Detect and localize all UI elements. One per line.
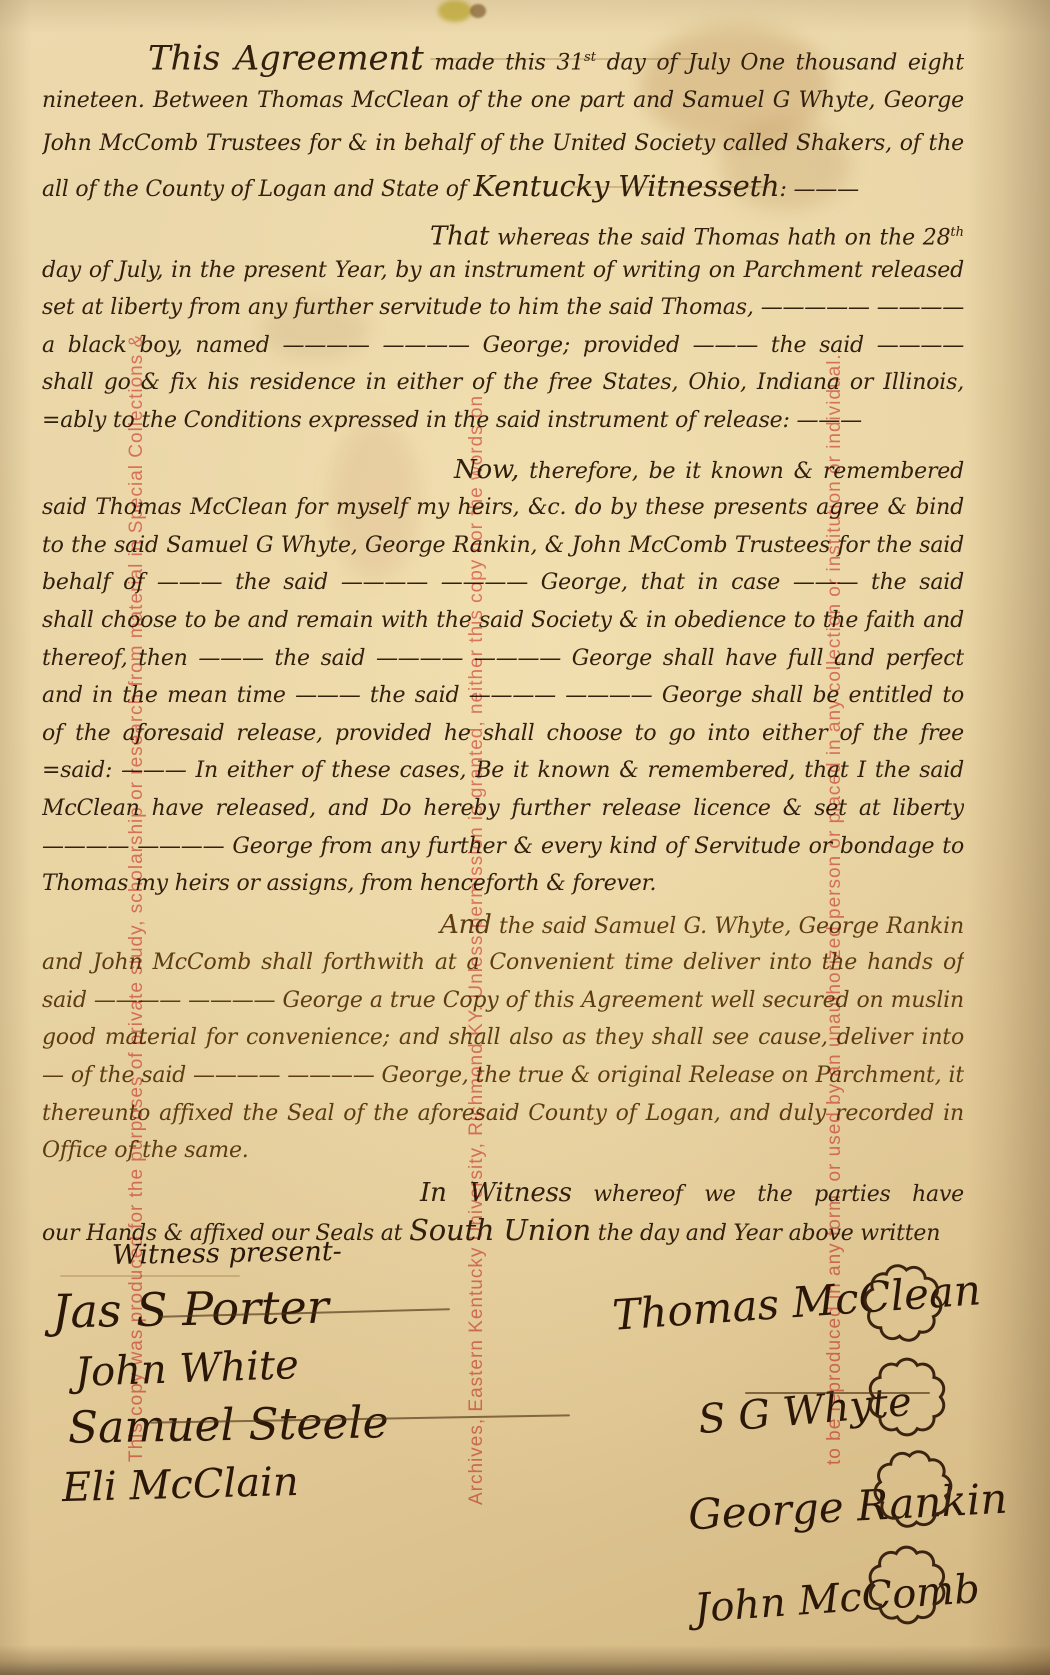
paper-stain [470,4,486,18]
manuscript-text: made this 31 [424,50,584,75]
manuscript-text: behalf of ——— the said ———— ———— George,… [42,570,964,602]
manuscript-text: day of July, in the present Year, by an … [42,258,964,290]
seal-icon [865,1543,948,1626]
manuscript-line: thereof, then ——— the said ———— ———— Geo… [42,640,964,678]
manuscript-text: ———— ———— George from any further & ever… [42,834,964,866]
manuscript-line: good material for convenience; and shall… [42,1019,964,1057]
manuscript-text: nineteen. Between Thomas McClean of the … [42,88,964,122]
manuscript-text: McClean have released, and Do hereby fur… [42,796,964,828]
manuscript-text: South Union [409,1213,591,1247]
manuscript-text: =ably to the Conditions expressed in the… [42,408,862,433]
manuscript-line: John McComb Trustees for & in behalf of … [42,122,964,165]
manuscript-text: thereof, then ——— the said ———— ———— Geo… [42,646,964,678]
manuscript-line: said Thomas McClean for myself my heirs,… [42,489,964,527]
manuscript-line: In Witness whereof we the parties have h… [42,1175,964,1213]
paragraph: And the said Samuel G. Whyte, George Ran… [42,907,964,1170]
manuscript-text: Now, [454,455,519,485]
manuscript-line: And the said Samuel G. Whyte, George Ran… [42,907,964,945]
manuscript-line: of the aforesaid release, provided he sh… [42,715,964,753]
manuscript-text: Office of the same. [42,1138,249,1163]
manuscript-line: Now, therefore, be it known & remembered… [42,452,964,490]
manuscript-text: =said: ——— In either of these cases, Be … [42,758,964,790]
manuscript-text: th [950,225,964,240]
manuscript-text: John McComb Trustees for & in behalf of … [42,131,964,165]
manuscript-line: all of the County of Logan and State of … [42,165,964,208]
manuscript-line: thereunto affixed the Seal of the afores… [42,1095,964,1133]
manuscript-line: to the said Samuel G Whyte, George Ranki… [42,527,964,565]
manuscript-line: nineteen. Between Thomas McClean of the … [42,79,964,122]
paragraph: Now, therefore, be it known & remembered… [42,452,964,903]
manuscript-line: ———— ———— George from any further & ever… [42,828,964,866]
manuscript-line: and in the mean time ——— the said ———— —… [42,677,964,715]
manuscript-text: — of the said ———— ———— George, the true… [42,1063,964,1095]
witness-present-label: Witness present- [112,1236,342,1271]
manuscript-text: whereas the said Thomas hath on the 28 [489,225,950,250]
manuscript-text: shall choose to be and remain with the s… [42,608,964,640]
scanned-document-page: This Agreement made this 31st day of Jul… [0,0,1050,1675]
manuscript-line: McClean have released, and Do hereby fur… [42,790,964,828]
manuscript: This Agreement made this 31st day of Jul… [42,36,964,1250]
manuscript-line: a black boy, named ———— ———— George; pro… [42,327,964,365]
manuscript-line: This Agreement made this 31st day of Jul… [42,36,964,79]
wax-seal-drawing [854,1254,951,1351]
manuscript-text: the said Samuel G. Whyte, George Rankin [492,914,964,939]
manuscript-line: said ———— ———— George a true Copy of thi… [42,982,964,1020]
manuscript-line: day of July, in the present Year, by an … [42,252,964,290]
seal-icon [854,1254,951,1351]
witness-signature: Samuel Steele [68,1397,389,1454]
manuscript-line: =said: ——— In either of these cases, Be … [42,752,964,790]
manuscript-line: and John McComb shall forthwith at a Con… [42,944,964,982]
manuscript-text: said Thomas McClean for myself my heirs,… [42,495,964,527]
wax-seal-drawing [865,1543,948,1626]
manuscript-line: Thomas my heirs or assigns, from hencefo… [42,865,964,903]
manuscript-text: of the aforesaid release, provided he sh… [42,721,964,753]
manuscript-text: good material for convenience; and shall… [42,1025,964,1057]
manuscript-text: all of the County of Logan and State of [42,177,474,202]
witness-signature: Jas S Porter [52,1280,330,1339]
manuscript-text: a black boy, named ———— ———— George; pro… [42,333,964,365]
paragraph: This Agreement made this 31st day of Jul… [42,36,964,208]
manuscript-text: thereunto affixed the Seal of the afores… [42,1101,964,1133]
manuscript-text: to the said Samuel G Whyte, George Ranki… [42,533,964,565]
paper-stain [438,0,472,22]
manuscript-text: set at liberty from any further servitud… [42,295,964,320]
manuscript-text: said ———— ———— George a true Copy of thi… [42,988,964,1020]
witness-signature: Eli McClain [61,1459,299,1511]
manuscript-line: set at liberty from any further servitud… [42,289,964,327]
signer-signature: George Rankin [687,1474,1009,1540]
wax-seal-drawing [866,1356,948,1438]
manuscript-text: In Witness [420,1178,572,1208]
manuscript-text: and John McComb shall forthwith at a Con… [42,950,964,982]
manuscript-text: : ——— [780,177,859,202]
manuscript-line: That whereas the said Thomas hath on the… [42,214,964,252]
manuscript-line: =ably to the Conditions expressed in the… [42,402,964,440]
manuscript-text: And [440,910,492,940]
manuscript-text: That [430,221,489,251]
manuscript-line: — of the said ———— ———— George, the true… [42,1057,964,1095]
manuscript-line: shall choose to be and remain with the s… [42,602,964,640]
manuscript-line: behalf of ——— the said ———— ———— George,… [42,564,964,602]
pencil-guide-line [60,1275,240,1277]
seal-icon [864,1440,961,1537]
manuscript-text: shall go & fix his residence in either o… [42,370,964,402]
manuscript-text: Thomas my heirs or assigns, from hencefo… [42,871,656,896]
wax-seal-drawing [864,1440,961,1537]
manuscript-text: This Agreement [148,38,424,78]
witness-signature: John White [74,1342,299,1396]
manuscript-text: st [584,50,596,65]
ink-stroke [745,1392,930,1394]
manuscript-line: shall go & fix his residence in either o… [42,364,964,402]
manuscript-text: the day and Year above written [591,1221,940,1246]
manuscript-line: Office of the same. [42,1132,964,1170]
manuscript-text: Kentucky Witnesseth [474,169,780,203]
manuscript-text: and in the mean time ——— the said ———— —… [42,683,964,715]
paragraph: That whereas the said Thomas hath on the… [42,214,964,440]
seal-icon [866,1356,948,1438]
